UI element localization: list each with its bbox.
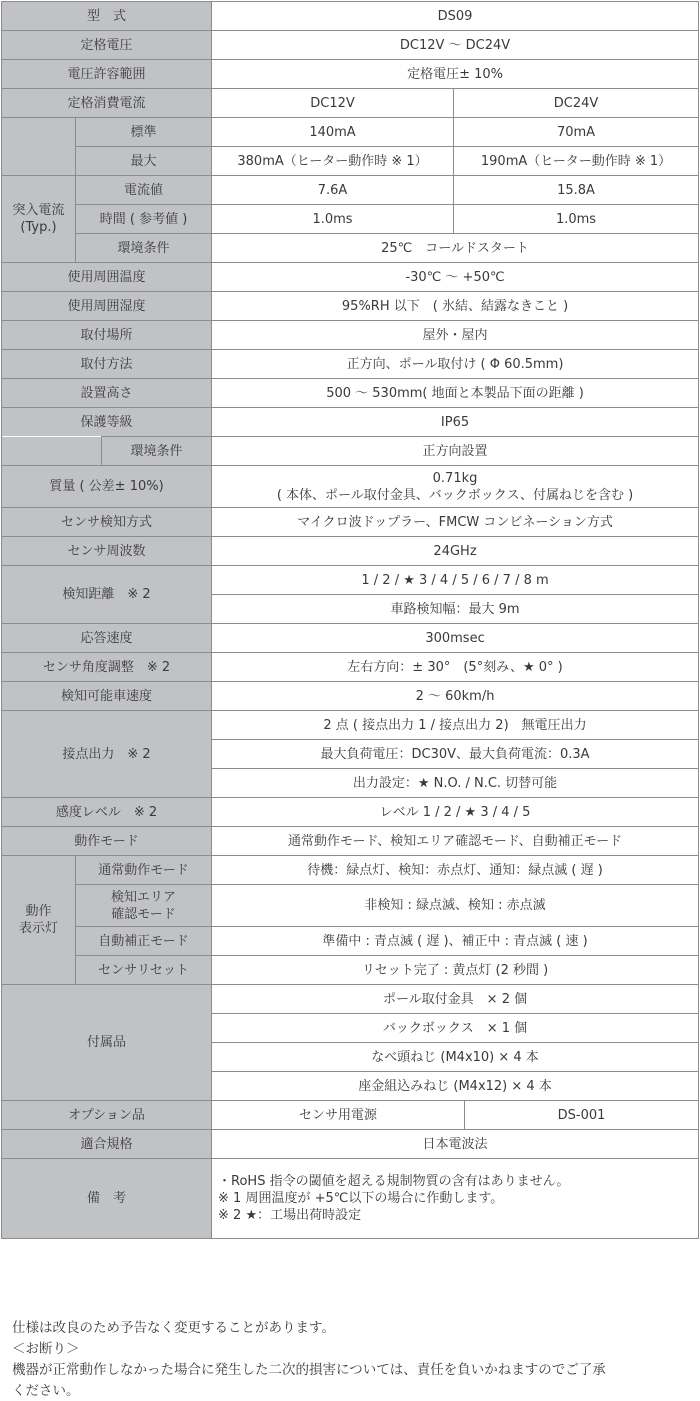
value-mass: 0.71kg ( 本体、ポール取付金具、バックボックス、付属ねじを含む ) <box>212 466 699 508</box>
label-accessories: 付属品 <box>2 985 212 1101</box>
value-install-method: 正方向、ポール取付け ( Φ 60.5mm) <box>212 350 699 379</box>
label-inrush-time: 時間 ( 参考値 ) <box>76 205 212 234</box>
label-rated-voltage: 定格電圧 <box>2 31 212 60</box>
value-model: DS09 <box>212 2 699 31</box>
label-rated-current: 定格消費電流 <box>2 89 212 118</box>
label-install-method: 取付方法 <box>2 350 212 379</box>
value-response-speed: 300msec <box>212 624 699 653</box>
row-protection-env: 環境条件 正方向設置 <box>2 437 699 466</box>
value-accessory-2: バックボックス × 1 個 <box>212 1014 699 1043</box>
value-protection: IP65 <box>212 408 699 437</box>
label-operating-temp: 使用周囲温度 <box>2 263 212 292</box>
row-sensitivity: 感度レベル ※ 2 レベル 1 / 2 / ★ 3 / 4 / 5 <box>2 798 699 827</box>
col-dc12v: DC12V <box>212 89 454 118</box>
label-mass: 質量 ( 公差± 10%) <box>2 466 212 508</box>
value-indicator-auto: 準備中 : 青点滅 ( 遅 )、補正中 : 青点滅 ( 速 ) <box>212 927 699 956</box>
row-remarks: 備 考 ・RoHS 指令の閾値を超える規制物質の含有はありません。 ※ 1 周囲… <box>2 1159 699 1239</box>
value-inrush-dc24: 15.8A <box>454 176 699 205</box>
indicator-label-line2: 表示灯 <box>6 920 71 937</box>
footer-line-2: ＜お断り＞ <box>12 1339 606 1360</box>
row-response-speed: 応答速度 300msec <box>2 624 699 653</box>
inrush-label-line2: (Typ.) <box>6 219 71 236</box>
label-operation-mode: 動作モード <box>2 827 212 856</box>
value-vehicle-speed: 2 ～ 60km/h <box>212 682 699 711</box>
inrush-label-line1: 突入電流 <box>6 202 71 219</box>
row-inrush-value: 突入電流 (Typ.) 電流値 7.6A 15.8A <box>2 176 699 205</box>
label-contact-output: 接点出力 ※ 2 <box>2 711 212 798</box>
row-current-max: 最大 380mA（ヒーター動作時 ※ 1） 190mA（ヒーター動作時 ※ 1） <box>2 147 699 176</box>
label-indicator: 動作 表示灯 <box>2 856 76 985</box>
label-protection: 保護等級 <box>2 408 212 437</box>
row-model: 型 式 DS09 <box>2 2 699 31</box>
label-detection-method: センサ検知方式 <box>2 508 212 537</box>
row-angle-adjust: センサ角度調整 ※ 2 左右方向：± 30° (5°刻み、★ 0° ) <box>2 653 699 682</box>
row-detection-distance-1: 検知距離 ※ 2 1 / 2 / ★ 3 / 4 / 5 / 6 / 7 / 8… <box>2 566 699 595</box>
label-inrush-env: 環境条件 <box>76 234 212 263</box>
value-contact-output-2: 最大負荷電圧：DC30V、最大負荷電流：0.3A <box>212 740 699 769</box>
row-inrush-time: 時間 ( 参考値 ) 1.0ms 1.0ms <box>2 205 699 234</box>
value-indicator-reset: リセット完了 : 黄点灯 (2 秒間 ) <box>212 956 699 985</box>
row-rated-current: 定格消費電流 DC12V DC24V <box>2 89 699 118</box>
label-response-speed: 応答速度 <box>2 624 212 653</box>
protection-spacer <box>2 437 102 466</box>
label-angle-adjust: センサ角度調整 ※ 2 <box>2 653 212 682</box>
label-vehicle-speed: 検知可能車速度 <box>2 682 212 711</box>
row-operation-mode: 動作モード 通常動作モード、検知エリア確認モード、自動補正モード <box>2 827 699 856</box>
value-accessory-3: なべ頭ねじ (M4x10) × 4 本 <box>212 1043 699 1072</box>
value-install-location: 屋外・屋内 <box>212 321 699 350</box>
value-current-standard-dc12: 140mA <box>212 118 454 147</box>
label-voltage-tolerance: 電圧許容範囲 <box>2 60 212 89</box>
label-protection-env: 環境条件 <box>102 437 212 466</box>
row-indicator-normal: 動作 表示灯 通常動作モード 待機：緑点灯、検知：赤点灯、通知：緑点滅 ( 遅 … <box>2 856 699 885</box>
label-indicator-normal: 通常動作モード <box>76 856 212 885</box>
label-inrush-current: 突入電流 (Typ.) <box>2 176 76 263</box>
row-indicator-reset: センサリセット リセット完了 : 黄点灯 (2 秒間 ) <box>2 956 699 985</box>
row-standards: 適合規格 日本電波法 <box>2 1130 699 1159</box>
label-indicator-auto: 自動補正モード <box>76 927 212 956</box>
row-detection-method: センサ検知方式 マイクロ波ドップラー、FMCW コンビネーション方式 <box>2 508 699 537</box>
row-vehicle-speed: 検知可能車速度 2 ～ 60km/h <box>2 682 699 711</box>
value-sensitivity: レベル 1 / 2 / ★ 3 / 4 / 5 <box>212 798 699 827</box>
label-detection-distance: 検知距離 ※ 2 <box>2 566 212 624</box>
label-install-height: 設置高さ <box>2 379 212 408</box>
indicator-area-line2: 確認モード <box>80 906 207 923</box>
value-frequency: 24GHz <box>212 537 699 566</box>
row-mass: 質量 ( 公差± 10%) 0.71kg ( 本体、ポール取付金具、バックボック… <box>2 466 699 508</box>
value-standards: 日本電波法 <box>212 1130 699 1159</box>
value-accessory-4: 座金組込みねじ (M4x12) × 4 本 <box>212 1072 699 1101</box>
row-install-method: 取付方法 正方向、ポール取付け ( Φ 60.5mm) <box>2 350 699 379</box>
value-voltage-tolerance: 定格電圧± 10% <box>212 60 699 89</box>
value-remarks: ・RoHS 指令の閾値を超える規制物質の含有はありません。 ※ 1 周囲温度が … <box>212 1159 699 1239</box>
value-contact-output-3: 出力設定：★ N.O. / N.C. 切替可能 <box>212 769 699 798</box>
value-operation-mode: 通常動作モード、検知エリア確認モード、自動補正モード <box>212 827 699 856</box>
row-indicator-auto: 自動補正モード 準備中 : 青点滅 ( 遅 )、補正中 : 青点滅 ( 速 ) <box>2 927 699 956</box>
row-options: オプション品 センサ用電源 DS-001 <box>2 1101 699 1130</box>
remark-line-1: ・RoHS 指令の閾値を超える規制物質の含有はありません。 <box>218 1173 694 1190</box>
label-indicator-area: 検知エリア 確認モード <box>76 885 212 927</box>
value-detection-method: マイクロ波ドップラー、FMCW コンビネーション方式 <box>212 508 699 537</box>
label-sensitivity: 感度レベル ※ 2 <box>2 798 212 827</box>
value-inrush-dc12: 7.6A <box>212 176 454 205</box>
value-inrush-time-dc12: 1.0ms <box>212 205 454 234</box>
row-operating-humidity: 使用周囲湿度 95%RH 以下 ( 氷結、結露なきこと ) <box>2 292 699 321</box>
label-inrush-value: 電流値 <box>76 176 212 205</box>
row-frequency: センサ周波数 24GHz <box>2 537 699 566</box>
value-inrush-env: 25℃ コールドスタート <box>212 234 699 263</box>
mass-value-line2: ( 本体、ポール取付金具、バックボックス、付属ねじを含む ) <box>216 487 694 504</box>
value-indicator-area: 非検知 : 緑点滅、検知 : 赤点滅 <box>212 885 699 927</box>
value-option-name: センサ用電源 <box>212 1101 465 1130</box>
row-voltage-tolerance: 電圧許容範囲 定格電圧± 10% <box>2 60 699 89</box>
spec-table: 型 式 DS09 定格電圧 DC12V ～ DC24V 電圧許容範囲 定格電圧±… <box>1 1 699 1239</box>
row-inrush-env: 環境条件 25℃ コールドスタート <box>2 234 699 263</box>
indicator-area-line1: 検知エリア <box>80 889 207 906</box>
footer-line-1: 仕様は改良のため予告なく変更することがあります。 <box>12 1318 606 1339</box>
remark-line-3: ※ 2 ★：工場出荷時設定 <box>218 1207 694 1224</box>
row-rated-voltage: 定格電圧 DC12V ～ DC24V <box>2 31 699 60</box>
remark-line-2: ※ 1 周囲温度が +5℃以下の場合に作動します。 <box>218 1190 694 1207</box>
value-current-standard-dc24: 70mA <box>454 118 699 147</box>
label-standards: 適合規格 <box>2 1130 212 1159</box>
value-detection-distance-1: 1 / 2 / ★ 3 / 4 / 5 / 6 / 7 / 8 m <box>212 566 699 595</box>
value-indicator-normal: 待機：緑点灯、検知：赤点灯、通知：緑点滅 ( 遅 ) <box>212 856 699 885</box>
mass-value-line1: 0.71kg <box>216 470 694 487</box>
value-accessory-1: ポール取付金具 × 2 個 <box>212 985 699 1014</box>
footer-notes: 仕様は改良のため予告なく変更することがあります。 ＜お断り＞ 機器が正常動作しな… <box>12 1318 606 1401</box>
label-frequency: センサ周波数 <box>2 537 212 566</box>
row-contact-output-1: 接点出力 ※ 2 2 点 ( 接点出力 1 / 接点出力 2) 無電圧出力 <box>2 711 699 740</box>
row-operating-temp: 使用周囲温度 -30℃ ～ +50℃ <box>2 263 699 292</box>
label-operating-humidity: 使用周囲湿度 <box>2 292 212 321</box>
label-remarks: 備 考 <box>2 1159 212 1239</box>
value-angle-adjust: 左右方向：± 30° (5°刻み、★ 0° ) <box>212 653 699 682</box>
label-current-max: 最大 <box>76 147 212 176</box>
label-model: 型 式 <box>2 2 212 31</box>
value-current-max-dc24: 190mA（ヒーター動作時 ※ 1） <box>454 147 699 176</box>
value-option-model: DS-001 <box>465 1101 699 1130</box>
value-operating-temp: -30℃ ～ +50℃ <box>212 263 699 292</box>
rated-current-spacer <box>2 118 76 176</box>
row-indicator-area: 検知エリア 確認モード 非検知 : 緑点滅、検知 : 赤点滅 <box>2 885 699 927</box>
row-current-standard: 標準 140mA 70mA <box>2 118 699 147</box>
row-install-location: 取付場所 屋外・屋内 <box>2 321 699 350</box>
row-install-height: 設置高さ 500 ～ 530mm( 地面と本製品下面の距離 ) <box>2 379 699 408</box>
row-protection: 保護等級 IP65 <box>2 408 699 437</box>
label-current-standard: 標準 <box>76 118 212 147</box>
label-indicator-reset: センサリセット <box>76 956 212 985</box>
value-contact-output-1: 2 点 ( 接点出力 1 / 接点出力 2) 無電圧出力 <box>212 711 699 740</box>
label-options: オプション品 <box>2 1101 212 1130</box>
footer-line-3: 機器が正常動作しなかった場合に発生した二次的損害については、責任を負いかねますの… <box>12 1360 606 1381</box>
value-install-height: 500 ～ 530mm( 地面と本製品下面の距離 ) <box>212 379 699 408</box>
value-detection-distance-2: 車路検知幅：最大 9m <box>212 595 699 624</box>
value-inrush-time-dc24: 1.0ms <box>454 205 699 234</box>
footer-line-4: ください。 <box>12 1381 606 1401</box>
value-rated-voltage: DC12V ～ DC24V <box>212 31 699 60</box>
col-dc24v: DC24V <box>454 89 699 118</box>
value-protection-env: 正方向設置 <box>212 437 699 466</box>
value-current-max-dc12: 380mA（ヒーター動作時 ※ 1） <box>212 147 454 176</box>
value-operating-humidity: 95%RH 以下 ( 氷結、結露なきこと ) <box>212 292 699 321</box>
row-accessory-1: 付属品 ポール取付金具 × 2 個 <box>2 985 699 1014</box>
label-install-location: 取付場所 <box>2 321 212 350</box>
indicator-label-line1: 動作 <box>6 903 71 920</box>
